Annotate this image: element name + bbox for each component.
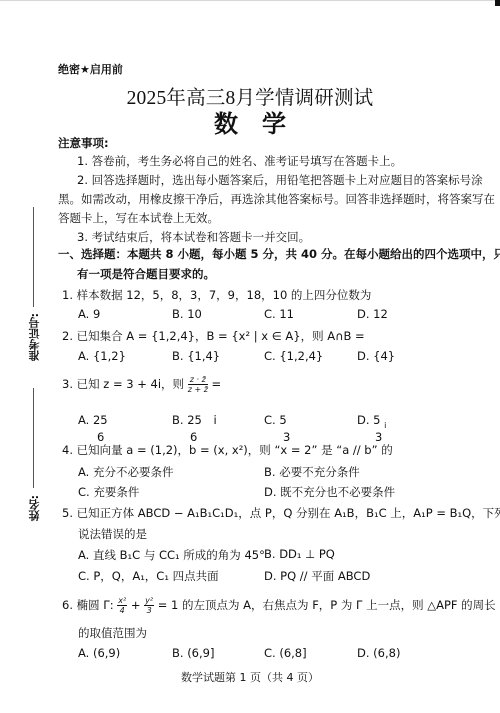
q3-option-b: B. 25 i	[172, 413, 217, 427]
q1-option-b: B. 10	[172, 307, 202, 321]
q6-stem-suffix: = 1 的左顶点为 A，右焦点为 F，P 为 Γ 上一点，则 △APF 的周长	[158, 598, 496, 612]
plus-sign: +	[131, 598, 141, 612]
q1-option-c: C. 11	[264, 307, 294, 321]
ticket-number-label: 准考证号:	[27, 313, 43, 361]
frac-denominator: 3	[144, 606, 154, 615]
q4-option-d: D. 既不充分也不必要条件	[264, 484, 395, 500]
question-6-stem: 6. 椭圆 Γ: x² 4 + y² 3 = 1 的左顶点为 A，右焦点为 F，…	[62, 596, 496, 615]
option-numerator: 5	[373, 413, 380, 427]
ticket-number-write-line	[33, 207, 34, 307]
q2-option-a: A. {1,2}	[78, 349, 126, 363]
question-3-stem: 3. 已知 z = 3 + 4i，则 z · z̄ z + z̄ =	[62, 375, 221, 394]
confidential-mark: 绝密★启用前	[58, 61, 123, 77]
subject-title: 数学	[0, 104, 500, 139]
q5-option-a: A. 直线 B₁C 与 CC₁ 所成的角为 45°	[78, 547, 265, 563]
q6-option-d: D. (6,8)	[357, 646, 400, 660]
q5-option-c: C. P，Q，A₁，C₁ 四点共面	[78, 568, 219, 584]
option-suffix: i	[214, 413, 217, 427]
q1-option-d: D. 12	[357, 307, 388, 321]
name-write-line	[33, 388, 34, 488]
q2-option-d: D. {4}	[357, 349, 395, 363]
option-numerator: 25	[187, 413, 202, 427]
question-4-stem: 4. 已知向量 a = (1,2)，b = (x, x²)，则 “x = 2” …	[62, 442, 393, 458]
section-heading-cont: 有一项是符合题目要求的。	[77, 266, 215, 282]
q5-option-b: B. DD₁ ⊥ PQ	[264, 547, 335, 561]
notice-item: 2. 回答选择题时，选出每小题答案后，用铅笔把答题卡上对应题目的答案标号涂	[77, 172, 483, 188]
q3-option-a: A. 25	[78, 413, 108, 427]
q3-frac-denominator: z + z̄	[188, 385, 208, 394]
notice-item: 答题卡上，写在本试卷上无效。	[58, 210, 219, 226]
q4-option-a: A. 充分不必要条件	[78, 464, 173, 480]
question-1-stem: 1. 样本数据 12，5，8，3，7，9，18，10 的上四分位数为	[62, 287, 371, 303]
section-heading: 一、选择题：本题共 8 小题，每小题 5 分，共 40 分。在每小题给出的四个选…	[58, 246, 500, 262]
frac-numerator: y²	[144, 596, 154, 606]
notice-heading: 注意事项:	[58, 135, 109, 151]
option-label: C.	[264, 413, 276, 427]
page-footer: 数学试题第 1 页（共 4 页）	[0, 669, 500, 685]
question-5-stem: 5. 已知正方体 ABCD − A₁B₁C₁D₁，点 P，Q 分别在 A₁B，B…	[62, 505, 500, 521]
q6-stem-prefix: 6. 椭圆 Γ:	[62, 598, 114, 612]
q3-fraction: z · z̄ z + z̄	[188, 375, 208, 394]
q3-stem-suffix: =	[212, 377, 222, 391]
notice-item: 黑。如需改动，用橡皮擦干净后，再选涂其他答案标号。回答非选择题时，将答案写在	[58, 191, 495, 207]
subject-char: 数	[214, 110, 238, 138]
name-label: 姓名:	[27, 495, 43, 521]
page-top-edge	[0, 0, 500, 1]
q4-option-b: B. 必要不充分条件	[264, 464, 360, 480]
q3-option-c: C. 5	[264, 413, 287, 427]
option-numerator: 25	[93, 413, 108, 427]
option-label: B.	[172, 413, 184, 427]
q6-fraction-y: y² 3	[144, 596, 154, 615]
notice-item: 3. 考试结束后，将本试卷和答题卡一并交回。	[77, 229, 310, 245]
option-label: D.	[357, 413, 370, 427]
frac-numerator: x²	[117, 596, 127, 606]
q2-option-b: B. {1,4}	[172, 349, 220, 363]
subject-char: 学	[262, 110, 286, 138]
option-label: A.	[78, 413, 89, 427]
frac-denominator: 4	[117, 606, 127, 615]
q6-fraction-x: x² 4	[117, 596, 127, 615]
q6-option-b: B. (6,9]	[172, 646, 214, 660]
q3-stem-prefix: 3. 已知 z = 3 + 4i，则	[62, 377, 184, 391]
q3-frac-numerator: z · z̄	[188, 375, 208, 385]
question-6-stem-cont: 的取值范围为	[78, 625, 147, 641]
q3-option-d: D. 5 i	[357, 413, 386, 430]
notice-item: 1. 答卷前，考生务必将自己的姓名、准考证号填写在答题卡上。	[77, 153, 402, 169]
option-suffix: i	[384, 421, 386, 430]
question-5-stem-cont: 说法错误的是	[78, 526, 147, 542]
q4-option-c: C. 充要条件	[78, 484, 139, 500]
q2-option-c: C. {1,2,4}	[264, 349, 323, 363]
q5-option-d: D. PQ // 平面 ABCD	[264, 568, 370, 584]
option-numerator: 5	[279, 413, 286, 427]
question-2-stem: 2. 已知集合 A = {1,2,4}，B = {x² | x ∈ A}，则 A…	[62, 328, 365, 344]
scan-corner-mark	[495, 0, 500, 6]
q1-option-a: A. 9	[78, 307, 100, 321]
q6-option-c: C. (6,8]	[264, 646, 307, 660]
q6-option-a: A. (6,9)	[78, 646, 120, 660]
